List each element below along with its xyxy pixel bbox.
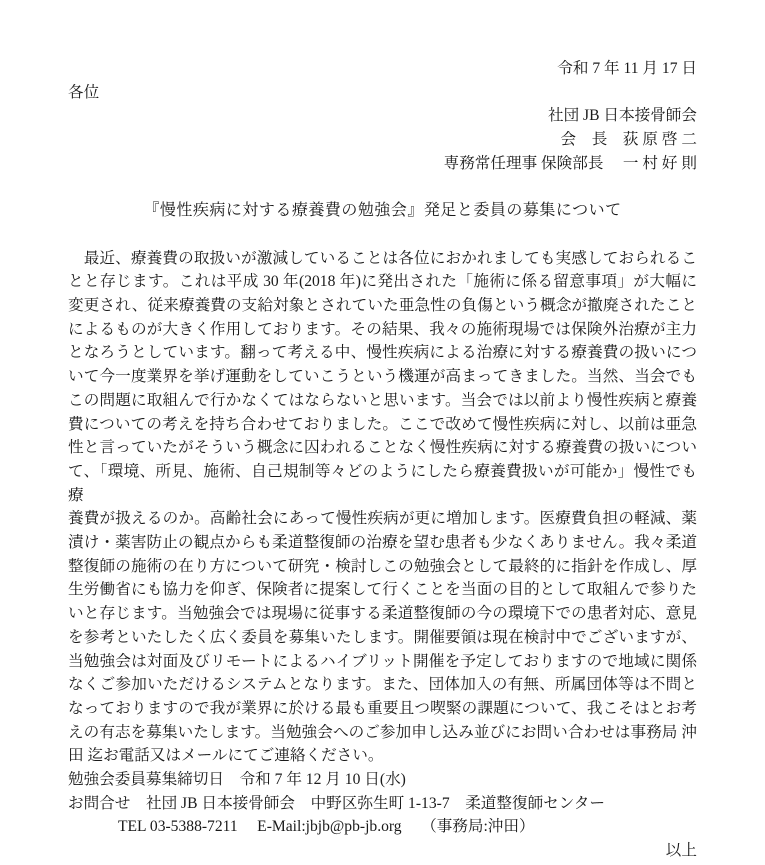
body-line: いと存じます。当勉強会では現場に従事する柔道整復師の今の環境下での患者対応、意見 <box>68 602 697 626</box>
body-line: 漬け・薬害防止の観点からも柔道整復師の治療を望む患者も少なくありません。我々柔道 <box>68 531 697 555</box>
body-line: によるものが大きく作用しております。その結果、我々の施術現場では保険外治療が主力 <box>68 318 697 342</box>
body-line: 田 迄お電話又はメールにてご連絡ください。 <box>68 744 697 768</box>
letter-page: 令和 7 年 11 月 17 日 各位 社団 JB 日本接骨師会 会 長 荻 原… <box>0 0 765 865</box>
body-line: 性と言っていたがそういう概念に囚われることなく慢性疾病に対する療養費の扱いについ <box>68 436 697 460</box>
body-line: て、「環境、所見、施術、自己規制等々どのようにしたら療養費扱いが可能か」慢性でも… <box>68 460 697 507</box>
body-line: となろうとしています。翻って考える中、慢性疾病による治療に対する療養費の扱いにつ <box>68 341 697 365</box>
body-line: を参考といたしたく広く委員を募集いたします。開催要領は現在検討中でございますが、 <box>68 626 697 650</box>
body-paragraph: 最近、療養費の取扱いが激減していることは各位におかれましても実感しておられるこ … <box>68 247 697 768</box>
body-line: 最近、療養費の取扱いが激減していることは各位におかれましても実感しておられるこ <box>68 247 697 271</box>
sender-organization: 社団 JB 日本接骨師会 <box>68 104 697 128</box>
body-line: 変更され、従来療養費の支給対象とされていた亜急性の負傷という概念が撤廃されたこと <box>68 294 697 318</box>
spacer <box>68 223 697 247</box>
body-line: なくご参加いただけるシステムとなります。また、団体加入の有無、所属団体等は不問と <box>68 673 697 697</box>
contact-tel-line: TEL 03-5388-7211 E-Mail:jbjb@pb-jb.org （… <box>68 815 697 839</box>
sender-president: 会 長 荻 原 啓 二 <box>68 128 697 152</box>
date-line: 令和 7 年 11 月 17 日 <box>68 57 697 81</box>
body-line: とと存じます。これは平成 30 年(2018 年)に発出された「施術に係る留意事… <box>68 270 697 294</box>
document-title: 『慢性疾病に対する療養費の勉強会』発足と委員の募集について <box>68 199 697 223</box>
body-line: なっておりますので我が業界に於ける最も重要且つ喫緊の課題について、我こそはとお考 <box>68 697 697 721</box>
contact-line: お問合せ 社団 JB 日本接骨師会 中野区弥生町 1-13-7 柔道整復師センタ… <box>68 792 697 816</box>
body-line: 費についての考えを持ち合わせておりました。ここで改めて慢性疾病に対し、以前は亜急 <box>68 413 697 437</box>
salutation: 各位 <box>68 81 697 105</box>
body-line: えの有志を募集いたします。当勉強会へのご参加申し込み並びにお問い合わせは事務局 … <box>68 721 697 745</box>
closing-line: 以上 <box>68 839 697 863</box>
body-line: 当勉強会は対面及びリモートによるハイブリット開催を予定しておりますので地域に関係 <box>68 650 697 674</box>
body-line: この問題に取組んで行かなくてはならないと思います。当会では以前より慢性疾病と療養 <box>68 389 697 413</box>
spacer <box>68 176 697 200</box>
body-line: 生労働省にも協力を仰ぎ、保険者に提案して行くことを当面の目的として取組んで参りた <box>68 578 697 602</box>
body-line: 整復師の施術の在り方について研究・検討しこの勉強会として最終的に指針を作成し、厚 <box>68 555 697 579</box>
body-line: 養費が扱えるのか。高齢社会にあって慢性疾病が更に増加します。医療費負担の軽減、薬 <box>68 507 697 531</box>
body-line: いて今一度業界を挙げ運動をしていこうという機運が高まってきました。当然、当会でも <box>68 365 697 389</box>
deadline-line: 勉強会委員募集締切日 令和 7 年 12 月 10 日(水) <box>68 768 697 792</box>
sender-director: 専務常任理事 保険部長 一 村 好 則 <box>68 152 697 176</box>
